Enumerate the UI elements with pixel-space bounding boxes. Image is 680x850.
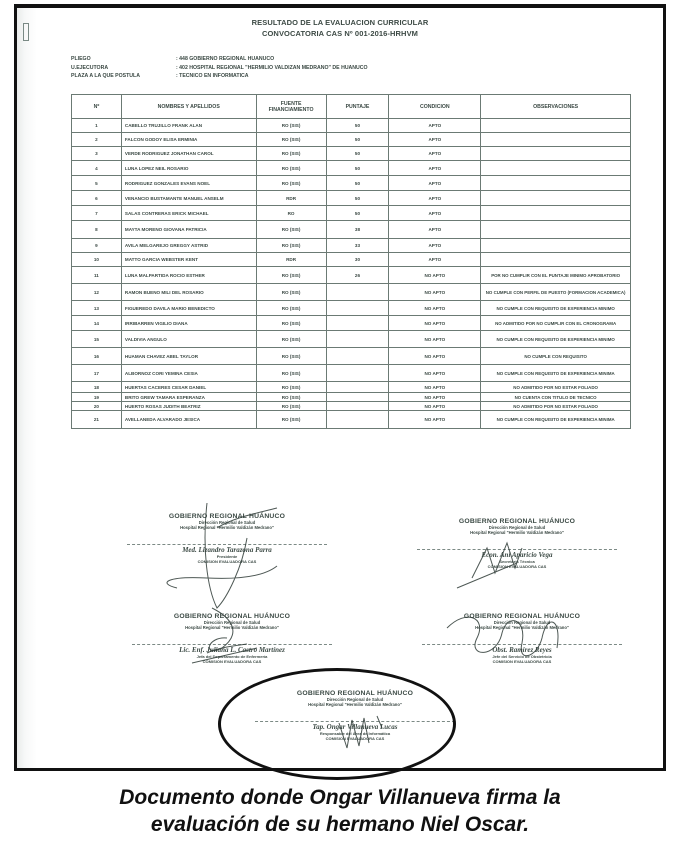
results-table: Nº NOMBRES Y APELLIDOS FUENTE FINANCIAMI… — [71, 94, 631, 429]
cell-condition: NO APTO — [389, 284, 481, 301]
cell-condition: NO APTO — [389, 411, 481, 429]
table-row: 5RODRIGUEZ GONZALES EVANS NOELRO (SIS)50… — [72, 176, 631, 191]
cell-funding: RO (SIS) — [256, 221, 326, 239]
cell-observations — [481, 176, 631, 191]
cell-condition: APTO — [389, 239, 481, 253]
cell-number: 1 — [72, 119, 122, 133]
cell-name: HUERTO ROSAS JUDITH BEATRIZ — [121, 402, 256, 411]
signature-subtitle: Hospital Regional "Hermilio Valdizán Med… — [422, 625, 622, 630]
cell-condition: NO APTO — [389, 301, 481, 316]
signature-org: GOBIERNO REGIONAL HUÁNUCO — [132, 613, 332, 620]
cell-score — [326, 284, 389, 301]
cell-name: CABELLO TRUJILLO FRANK ALAN — [121, 119, 256, 133]
cell-observations: NO CUMPLE CON REQUISITO DE EXPERIENCIA M… — [481, 365, 631, 382]
cell-score: 50 — [326, 119, 389, 133]
scanned-page: RESULTADO DE LA EVALUACION CURRICULAR CO… — [17, 8, 663, 768]
cell-observations — [481, 253, 631, 267]
table-row: 11LUNA MALPARTIDA ROCIO ESTHERRO (SIS)26… — [72, 267, 631, 284]
cell-funding: RO (SIS) — [256, 348, 326, 365]
meta-label: PLAZA A LA QUE POSTULA — [71, 72, 176, 81]
cell-funding: RDR — [256, 253, 326, 267]
cell-observations — [481, 191, 631, 206]
cell-observations: NO CUMPLE CON REQUISITO — [481, 348, 631, 365]
cell-funding: RO (SIS) — [256, 267, 326, 284]
table-row: 14IRRIBARREN VIGILIO DIANARO (SIS)NO APT… — [72, 316, 631, 331]
cell-name: VERDE RODRIGUEZ JONATHAN CAROL — [121, 147, 256, 161]
table-row: 4LUNA LOPEZ NEIL ROSARIORO (SIS)50APTO — [72, 161, 631, 176]
cell-name: SALAS CONTRERAS ERICK MICHAEL — [121, 206, 256, 221]
table-row: 12RAMON BUENO MILI DEL ROSARIORO (SIS)NO… — [72, 284, 631, 301]
header-observations: OBSERVACIONES — [481, 95, 631, 119]
table-row: 16HUAMAN CHAVEZ ABEL TAYLORRO (SIS)NO AP… — [72, 348, 631, 365]
table-row: 10MATTO GARCIA WEBSTER KENTRDR30APTO — [72, 253, 631, 267]
cell-observations: NO CUMPLE CON REQUISITO DE EXPERIENCIA M… — [481, 331, 631, 348]
cell-observations: NO CUMPLE CON PERFIL DE PUESTO (FORMACIO… — [481, 284, 631, 301]
cell-funding: RO (SIS) — [256, 301, 326, 316]
cell-funding: RO (SIS) — [256, 411, 326, 429]
cell-condition: NO APTO — [389, 348, 481, 365]
table-row: 9AVILA MELGAREJO GREGGY ASTRIDRO (SIS)33… — [72, 239, 631, 253]
cell-funding: RO (SIS) — [256, 161, 326, 176]
cell-condition: APTO — [389, 161, 481, 176]
signatory-name: Obst. Ramírez Reyes — [422, 644, 622, 654]
highlight-circle — [218, 668, 456, 780]
cell-condition: APTO — [389, 147, 481, 161]
cell-score — [326, 382, 389, 393]
document-subtitle: CONVOCATORIA CAS Nº 001-2016-HRHVM — [17, 29, 663, 38]
cell-name: HUAMAN CHAVEZ ABEL TAYLOR — [121, 348, 256, 365]
header-number: Nº — [72, 95, 122, 119]
cell-name: VENANCIO BUSTAMANTE MANUEL ANSELM — [121, 191, 256, 206]
signature-org: GOBIERNO REGIONAL HUÁNUCO — [422, 613, 622, 620]
signature-org: GOBIERNO REGIONAL HUÁNUCO — [127, 513, 327, 520]
meta-row: U.EJECUTORA : 402 HOSPITAL REGIONAL "HER… — [71, 64, 368, 73]
caption-line-1: Documento donde Ongar Villanueva firma l… — [0, 784, 680, 811]
cell-name: BRITO GREW TAMARA ESPERANZA — [121, 393, 256, 402]
cell-funding: RDR — [256, 191, 326, 206]
cell-number: 6 — [72, 191, 122, 206]
cell-number: 11 — [72, 267, 122, 284]
cell-observations — [481, 133, 631, 147]
table-row: 18HUERTAS CACERES CESAR DANIELRO (SIS)NO… — [72, 382, 631, 393]
meta-row: PLAZA A LA QUE POSTULA : TECNICO EN INFO… — [71, 72, 368, 81]
cell-condition: NO APTO — [389, 331, 481, 348]
cell-number: 19 — [72, 393, 122, 402]
cell-score: 50 — [326, 161, 389, 176]
cell-number: 10 — [72, 253, 122, 267]
cell-score — [326, 348, 389, 365]
cell-observations: POR NO CUMPLIR CON EL PUNTAJE MINIMO APR… — [481, 267, 631, 284]
cell-score: 30 — [326, 253, 389, 267]
cell-name: RAMON BUENO MILI DEL ROSARIO — [121, 284, 256, 301]
signature-subtitle: Hospital Regional "Hermilio Valdizán Med… — [127, 525, 327, 530]
cell-number: 12 — [72, 284, 122, 301]
cell-observations — [481, 147, 631, 161]
document-title: RESULTADO DE LA EVALUACION CURRICULAR — [17, 18, 663, 27]
table-row: 7SALAS CONTRERAS ERICK MICHAELRO50APTO — [72, 206, 631, 221]
caption-line-2: evaluación de su hermano Niel Oscar. — [0, 811, 680, 838]
cell-name: MATTO GARCIA WEBSTER KENT — [121, 253, 256, 267]
header-score: PUNTAJE — [326, 95, 389, 119]
cell-number: 17 — [72, 365, 122, 382]
document-frame: RESULTADO DE LA EVALUACION CURRICULAR CO… — [14, 4, 666, 771]
cell-condition: NO APTO — [389, 365, 481, 382]
cell-number: 9 — [72, 239, 122, 253]
signatory-name: Lic. Enf. Juliana L. Castro Martínez — [132, 644, 332, 654]
cell-name: ALBORNOZ CORI YEMINA CESIA — [121, 365, 256, 382]
cell-observations: NO CUMPLE CON REQUISITO DE EXPERIENCIA M… — [481, 411, 631, 429]
image-caption: Documento donde Ongar Villanueva firma l… — [0, 784, 680, 838]
cell-name: HUERTAS CACERES CESAR DANIEL — [121, 382, 256, 393]
cell-name: MAYTA MORENO GIOVANA PATRICIA — [121, 221, 256, 239]
signature-org: GOBIERNO REGIONAL HUÁNUCO — [417, 518, 617, 525]
cell-score: 26 — [326, 267, 389, 284]
cell-score: 50 — [326, 206, 389, 221]
cell-observations — [481, 239, 631, 253]
signatory-name: Econ. Ani Aparicio Vega — [417, 549, 617, 559]
table-row: 15VALDIVIA ANGULORO (SIS)NO APTONO CUMPL… — [72, 331, 631, 348]
signature-block: GOBIERNO REGIONAL HUÁNUCODirección Regio… — [422, 613, 622, 664]
cell-funding: RO (SIS) — [256, 239, 326, 253]
cell-number: 4 — [72, 161, 122, 176]
signatory-role: COMISION EVALUADORA CAS — [417, 564, 617, 569]
cell-observations — [481, 161, 631, 176]
cell-name: LUNA LOPEZ NEIL ROSARIO — [121, 161, 256, 176]
table-row: 17ALBORNOZ CORI YEMINA CESIARO (SIS)NO A… — [72, 365, 631, 382]
cell-score — [326, 316, 389, 331]
cell-score: 33 — [326, 239, 389, 253]
cell-observations: NO ADMITIDO POR NO ESTAR FOLIADO — [481, 402, 631, 411]
cell-name: FIGUEREDO DAVILA MARIO BENEDICTO — [121, 301, 256, 316]
cell-number: 16 — [72, 348, 122, 365]
cell-score: 50 — [326, 133, 389, 147]
cell-funding: RO (SIS) — [256, 119, 326, 133]
cell-condition: APTO — [389, 191, 481, 206]
signature-block: GOBIERNO REGIONAL HUÁNUCODirección Regio… — [417, 518, 617, 569]
cell-name: AVILA MELGAREJO GREGGY ASTRID — [121, 239, 256, 253]
cell-name: IRRIBARREN VIGILIO DIANA — [121, 316, 256, 331]
cell-number: 2 — [72, 133, 122, 147]
cell-name: VALDIVIA ANGULO — [121, 331, 256, 348]
cell-name: RODRIGUEZ GONZALES EVANS NOEL — [121, 176, 256, 191]
cell-funding: RO (SIS) — [256, 284, 326, 301]
table-body: 1CABELLO TRUJILLO FRANK ALANRO (SIS)50AP… — [72, 119, 631, 429]
signatory-role: COMISION EVALUADORA CAS — [127, 559, 327, 564]
cell-funding: RO (SIS) — [256, 402, 326, 411]
cell-funding: RO (SIS) — [256, 133, 326, 147]
table-row: 20HUERTO ROSAS JUDITH BEATRIZRO (SIS)NO … — [72, 402, 631, 411]
cell-number: 20 — [72, 402, 122, 411]
document-meta: PLIEGO : 448 GOBIERNO REGIONAL HUANUCO U… — [71, 55, 368, 81]
table-row: 21AVELLANEDA ALVARADO JESICARO (SIS)NO A… — [72, 411, 631, 429]
cell-funding: RO (SIS) — [256, 176, 326, 191]
cell-condition: APTO — [389, 253, 481, 267]
cell-funding: RO (SIS) — [256, 365, 326, 382]
signatory-role: COMISION EVALUADORA CAS — [422, 659, 622, 664]
header-name: NOMBRES Y APELLIDOS — [121, 95, 256, 119]
cell-condition: APTO — [389, 119, 481, 133]
cell-condition: NO APTO — [389, 316, 481, 331]
meta-value: : TECNICO EN INFORMATICA — [176, 72, 249, 81]
cell-number: 7 — [72, 206, 122, 221]
table-row: 19BRITO GREW TAMARA ESPERANZARO (SIS)NO … — [72, 393, 631, 402]
cell-number: 15 — [72, 331, 122, 348]
cell-name: LUNA MALPARTIDA ROCIO ESTHER — [121, 267, 256, 284]
cell-funding: RO (SIS) — [256, 331, 326, 348]
meta-value: : 402 HOSPITAL REGIONAL "HERMILIO VALDIZ… — [176, 64, 368, 73]
table-row: 3VERDE RODRIGUEZ JONATHAN CAROLRO (SIS)5… — [72, 147, 631, 161]
cell-funding: RO (SIS) — [256, 382, 326, 393]
cell-condition: NO APTO — [389, 402, 481, 411]
cell-number: 21 — [72, 411, 122, 429]
cell-number: 8 — [72, 221, 122, 239]
cell-funding: RO (SIS) — [256, 147, 326, 161]
meta-value: : 448 GOBIERNO REGIONAL HUANUCO — [176, 55, 274, 64]
cell-score — [326, 411, 389, 429]
signature-block: GOBIERNO REGIONAL HUÁNUCODirección Regio… — [132, 613, 332, 664]
cell-funding: RO (SIS) — [256, 393, 326, 402]
cell-number: 5 — [72, 176, 122, 191]
cell-condition: APTO — [389, 176, 481, 191]
table-row: 8MAYTA MORENO GIOVANA PATRICIARO (SIS)38… — [72, 221, 631, 239]
cell-score: 50 — [326, 147, 389, 161]
cell-observations: NO ADMITIDO POR NO ESTAR FOLIADO — [481, 382, 631, 393]
cell-name: AVELLANEDA ALVARADO JESICA — [121, 411, 256, 429]
cell-observations — [481, 221, 631, 239]
cell-score: 50 — [326, 176, 389, 191]
cell-observations — [481, 206, 631, 221]
cell-condition: NO APTO — [389, 267, 481, 284]
table-row: 6VENANCIO BUSTAMANTE MANUEL ANSELMRDR50A… — [72, 191, 631, 206]
meta-label: PLIEGO — [71, 55, 176, 64]
table-row: 1CABELLO TRUJILLO FRANK ALANRO (SIS)50AP… — [72, 119, 631, 133]
table-row: 13FIGUEREDO DAVILA MARIO BENEDICTORO (SI… — [72, 301, 631, 316]
cell-score — [326, 402, 389, 411]
header-condition: CONDICION — [389, 95, 481, 119]
meta-label: U.EJECUTORA — [71, 64, 176, 73]
cell-observations: NO CUMPLE CON REQUISITO DE EXPERIENCIA M… — [481, 301, 631, 316]
cell-condition: APTO — [389, 206, 481, 221]
table-row: 2FALCON GODOY ELISA ERMINIARO (SIS)50APT… — [72, 133, 631, 147]
cell-condition: APTO — [389, 221, 481, 239]
signature-subtitle: Hospital Regional "Hermilio Valdizán Med… — [132, 625, 332, 630]
cell-score — [326, 393, 389, 402]
cell-condition: NO APTO — [389, 393, 481, 402]
header-funding: FUENTE FINANCIAMIENTO — [256, 95, 326, 119]
cell-observations: NO ADMITIDO POR NO CUMPLIR CON EL CRONOG… — [481, 316, 631, 331]
cell-score: 38 — [326, 221, 389, 239]
cell-score: 50 — [326, 191, 389, 206]
cell-observations — [481, 119, 631, 133]
table-header-row: Nº NOMBRES Y APELLIDOS FUENTE FINANCIAMI… — [72, 95, 631, 119]
cell-funding: RO (SIS) — [256, 316, 326, 331]
meta-row: PLIEGO : 448 GOBIERNO REGIONAL HUANUCO — [71, 55, 368, 64]
cell-name: FALCON GODOY ELISA ERMINIA — [121, 133, 256, 147]
cell-number: 13 — [72, 301, 122, 316]
signatory-role: COMISION EVALUADORA CAS — [132, 659, 332, 664]
cell-observations: NO CUENTA CON TITULO DE TECNICO — [481, 393, 631, 402]
cell-score — [326, 365, 389, 382]
cell-number: 18 — [72, 382, 122, 393]
signature-block: GOBIERNO REGIONAL HUÁNUCODirección Regio… — [127, 513, 327, 564]
cell-number: 3 — [72, 147, 122, 161]
signature-subtitle: Hospital Regional "Hermilio Valdizán Med… — [417, 530, 617, 535]
cell-number: 14 — [72, 316, 122, 331]
cell-score — [326, 331, 389, 348]
cell-funding: RO — [256, 206, 326, 221]
signatory-name: Med. Lizandro Tarazona Parra — [127, 544, 327, 554]
cell-condition: NO APTO — [389, 382, 481, 393]
cell-condition: APTO — [389, 133, 481, 147]
cell-score — [326, 301, 389, 316]
